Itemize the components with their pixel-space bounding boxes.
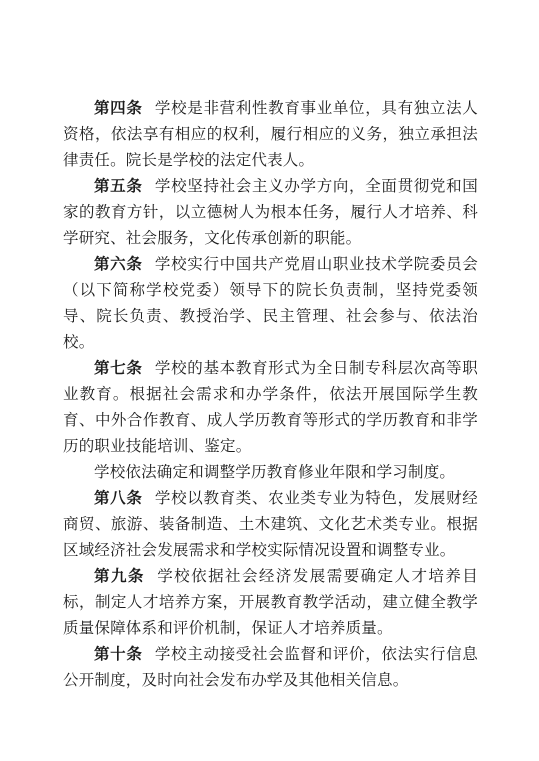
article-number-label: 第五条: [94, 178, 143, 195]
article-paragraph: 第八条学校以教育类、农业类专业为特色，发展财经商贸、旅游、装备制造、土木建筑、文…: [63, 486, 478, 564]
article-number-label: 第九条: [94, 568, 145, 585]
article-paragraph: 第四条学校是非营利性教育事业单位，具有独立法人资格，依法享有相应的权利，履行相应…: [63, 96, 478, 174]
article-number-label: 第七条: [94, 360, 143, 377]
article-number-label: 第八条: [94, 490, 143, 507]
article-number-label: 第四条: [94, 100, 143, 117]
article-paragraph: 第六条学校实行中国共产党眉山职业技术学院委员会（以下简称学校党委）领导下的院长负…: [63, 252, 478, 356]
article-paragraph: 第五条学校坚持社会主义办学方向，全面贯彻党和国家的教育方针，以立德树人为根本任务…: [63, 174, 478, 252]
article-paragraph: 第九条学校依据社会经济发展需要确定人才培养目标，制定人才培养方案，开展教育教学活…: [63, 564, 478, 642]
page-number: 3: [0, 673, 539, 685]
article-number-label: 第十条: [94, 646, 143, 663]
plain-paragraph: 学校依法确定和调整学历教育修业年限和学习制度。: [63, 460, 478, 486]
document-page: 第四条学校是非营利性教育事业单位，具有独立法人资格，依法享有相应的权利，履行相应…: [0, 0, 539, 761]
article-number-label: 第六条: [94, 256, 143, 273]
document-body: 第四条学校是非营利性教育事业单位，具有独立法人资格，依法享有相应的权利，履行相应…: [63, 96, 478, 694]
article-paragraph: 第十条学校主动接受社会监督和评价，依法实行信息公开制度，及时向社会发布办学及其他…: [63, 642, 478, 694]
article-text: 学校依法确定和调整学历教育修业年限和学习制度。: [94, 464, 455, 481]
article-paragraph: 第七条学校的基本教育形式为全日制专科层次高等职业教育。根据社会需求和办学条件，依…: [63, 356, 478, 460]
